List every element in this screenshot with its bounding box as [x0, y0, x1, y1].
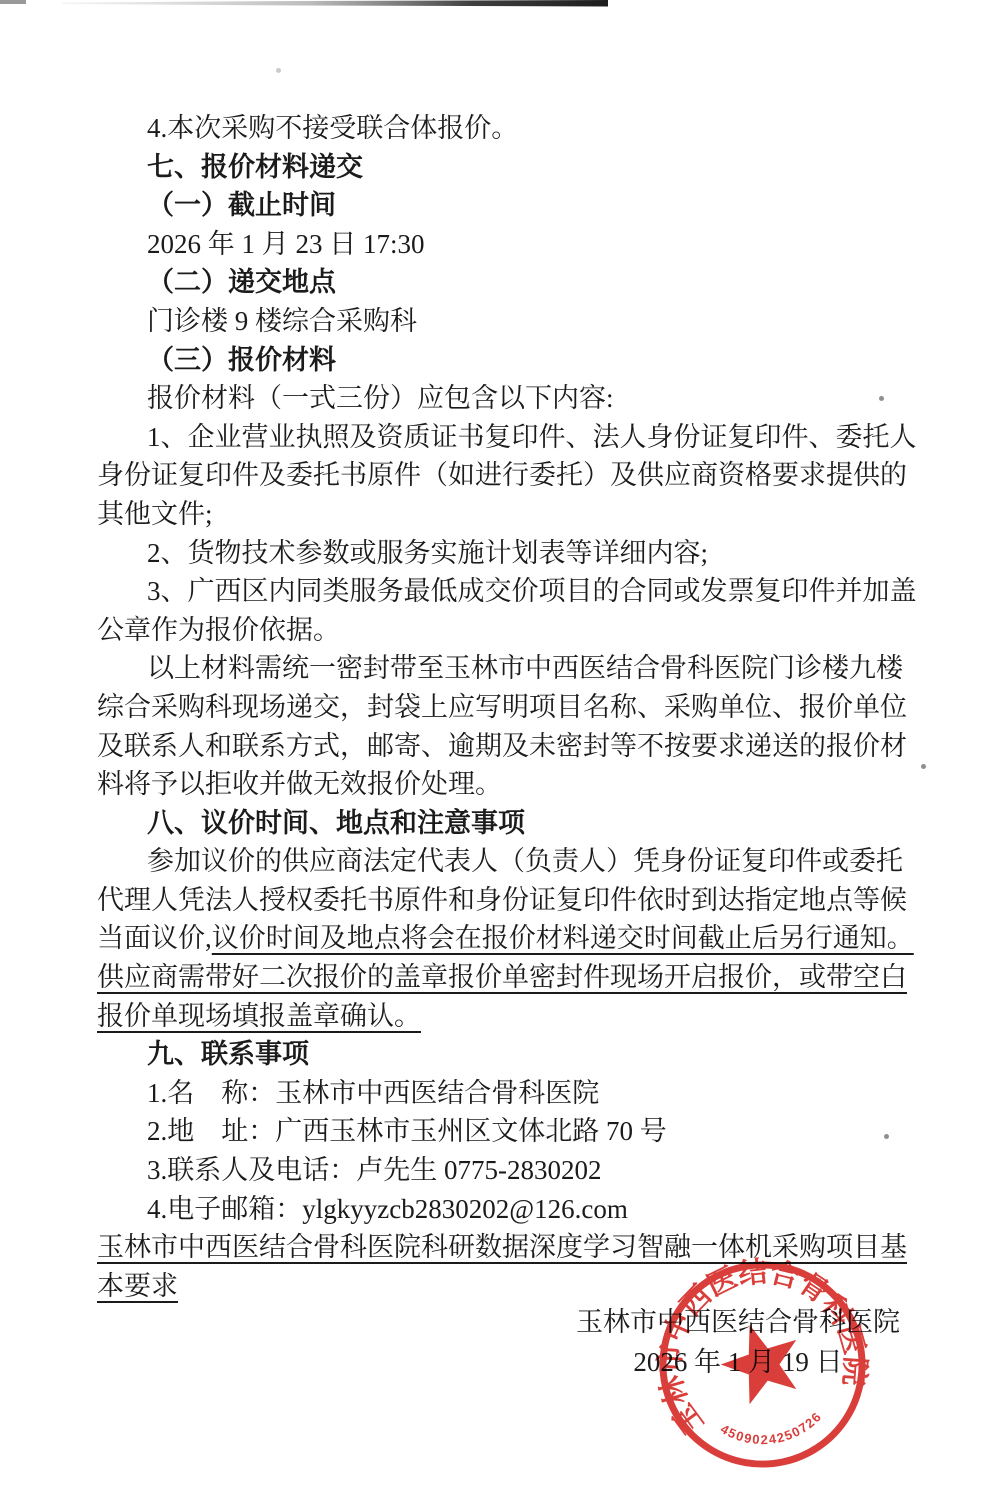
- doc-text: 九、联系事项: [147, 1039, 309, 1069]
- doc-text: （一）截止时间: [147, 190, 336, 220]
- doc-text: （二）递交地点: [147, 267, 336, 297]
- scan-dot: [921, 764, 926, 769]
- scan-artifact-top-streak: [0, 0, 1000, 12]
- doc-line: 2026 年 1 月 23 日 17:30: [97, 225, 909, 264]
- doc-line: 门诊楼 9 楼综合采购科: [97, 302, 909, 341]
- doc-line: 七、报价材料递交: [97, 148, 909, 187]
- document-body: 4.本次采购不接受联合体报价。七、报价材料递交（一）截止时间2026 年 1 月…: [97, 109, 909, 1305]
- doc-line: 报价单现场填报盖章确认。: [97, 997, 909, 1036]
- doc-line: 参加议价的供应商法定代表人（负责人）凭身份证复印件或委托: [97, 842, 909, 881]
- doc-line: 其他文件;: [97, 495, 909, 534]
- doc-text: 其他文件;: [97, 499, 213, 529]
- doc-text: 1、企业营业执照及资质证书复印件、法人身份证复印件、委托人: [147, 422, 917, 452]
- doc-text: 公章作为报价依据。: [97, 615, 340, 645]
- doc-line: 当面议价,议价时间及地点将会在报价材料递交时间截止后另行通知。: [97, 919, 909, 958]
- doc-text: 料将予以拒收并做无效报价处理。: [97, 769, 502, 799]
- doc-line: 2.地 址：广西玉林市玉州区文体北路 70 号: [97, 1112, 909, 1151]
- doc-text: 七、报价材料递交: [147, 152, 363, 182]
- doc-text: 2026 年 1 月 23 日 17:30: [147, 229, 425, 259]
- doc-text: 代理人凭法人授权委托书原件和身份证复印件依时到达指定地点等候: [97, 885, 907, 915]
- doc-text-underlined: 报价单现场填报盖章确认。: [97, 1001, 421, 1031]
- doc-text-underlined: 供应商需带好二次报价的盖章报价单密封件现场开启报价，或带空白: [97, 962, 907, 992]
- doc-line: 2、货物技术参数或服务实施计划表等详细内容;: [97, 534, 909, 573]
- doc-line: 及联系人和联系方式，邮寄、逾期及未密封等不按要求递送的报价材: [97, 727, 909, 766]
- doc-line: 1.名 称：玉林市中西医结合骨科医院: [97, 1074, 909, 1113]
- scan-dot: [276, 68, 281, 73]
- doc-text: 身份证复印件及委托书原件（如进行委托）及供应商资格要求提供的: [97, 460, 907, 490]
- seal-star-icon: [712, 1312, 811, 1408]
- doc-line: 以上材料需统一密封带至玉林市中西医结合骨科医院门诊楼九楼: [97, 649, 909, 688]
- doc-line: 4.电子邮箱：ylgkyyzcb2830202@126.com: [97, 1190, 909, 1229]
- doc-text: 4.本次采购不接受联合体报价。: [147, 113, 518, 143]
- doc-text: 4.电子邮箱：ylgkyyzcb2830202@126.com: [147, 1194, 628, 1224]
- doc-text: 参加议价的供应商法定代表人（负责人）凭身份证复印件或委托: [147, 846, 903, 876]
- doc-line: 1、企业营业执照及资质证书复印件、法人身份证复印件、委托人: [97, 418, 909, 457]
- doc-text: 综合采购科现场递交，封袋上应写明项目名称、采购单位、报价单位: [97, 692, 907, 722]
- doc-text: 3.联系人及电话：卢先生 0775-2830202: [147, 1155, 602, 1185]
- doc-text: 门诊楼 9 楼综合采购科: [147, 306, 417, 336]
- doc-line: （三）报价材料: [97, 341, 909, 380]
- doc-text: 报价材料（一式三份）应包含以下内容:: [147, 383, 614, 413]
- doc-line: 3、广西区内同类服务最低成交价项目的合同或发票复印件并加盖: [97, 572, 909, 611]
- doc-line: 料将予以拒收并做无效报价处理。: [97, 765, 909, 804]
- doc-line: 九、联系事项: [97, 1035, 909, 1074]
- doc-line: 综合采购科现场递交，封袋上应写明项目名称、采购单位、报价单位: [97, 688, 909, 727]
- doc-line: （二）递交地点: [97, 263, 909, 302]
- doc-line: （一）截止时间: [97, 186, 909, 225]
- doc-text: 1.名 称：玉林市中西医结合骨科医院: [147, 1078, 599, 1108]
- doc-line: 八、议价时间、地点和注意事项: [97, 804, 909, 843]
- doc-text: 八、议价时间、地点和注意事项: [147, 808, 525, 838]
- doc-line: 报价材料（一式三份）应包含以下内容:: [97, 379, 909, 418]
- doc-text: 当面议价,: [97, 923, 212, 953]
- doc-text-underlined: 本要求: [97, 1271, 178, 1301]
- doc-line: 身份证复印件及委托书原件（如进行委托）及供应商资格要求提供的: [97, 456, 909, 495]
- doc-line: 代理人凭法人授权委托书原件和身份证复印件依时到达指定地点等候: [97, 881, 909, 920]
- doc-text: 2、货物技术参数或服务实施计划表等详细内容;: [147, 538, 708, 568]
- doc-line: 4.本次采购不接受联合体报价。: [97, 109, 909, 148]
- doc-text: 及联系人和联系方式，邮寄、逾期及未密封等不按要求递送的报价材: [97, 731, 907, 761]
- doc-text: 以上材料需统一密封带至玉林市中西医结合骨科医院门诊楼九楼: [147, 653, 903, 683]
- scanned-document-page: 4.本次采购不接受联合体报价。七、报价材料递交（一）截止时间2026 年 1 月…: [0, 0, 1000, 1485]
- official-seal-stamp: 玉林市中西医结合骨科医院 4509024250726: [653, 1255, 872, 1474]
- doc-text: 3、广西区内同类服务最低成交价项目的合同或发票复印件并加盖: [147, 576, 917, 606]
- doc-line: 供应商需带好二次报价的盖章报价单密封件现场开启报价，或带空白: [97, 958, 909, 997]
- doc-text: 2.地 址：广西玉林市玉州区文体北路 70 号: [147, 1116, 667, 1146]
- doc-text-underlined: 议价时间及地点将会在报价材料递交时间截止后另行通知。: [212, 923, 914, 953]
- doc-line: 3.联系人及电话：卢先生 0775-2830202: [97, 1151, 909, 1190]
- doc-line: 公章作为报价依据。: [97, 611, 909, 650]
- doc-text: （三）报价材料: [147, 345, 336, 375]
